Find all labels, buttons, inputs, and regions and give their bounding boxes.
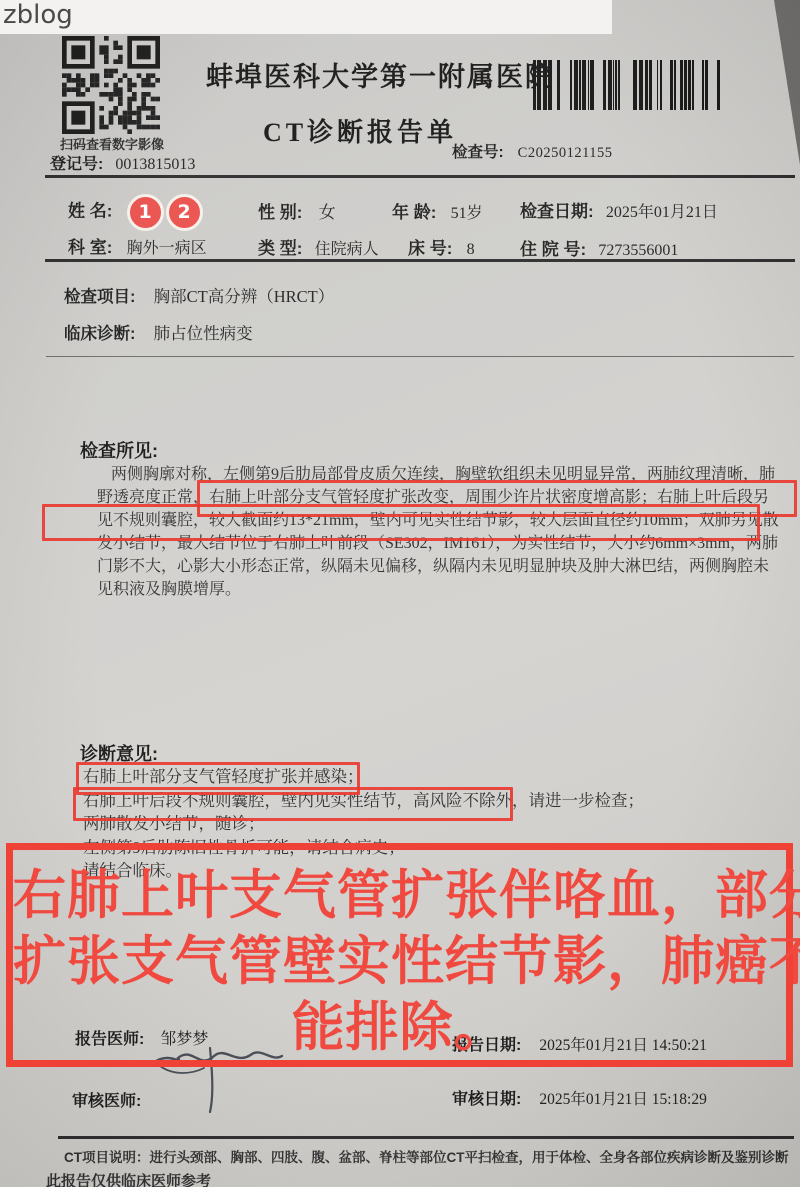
watermark-label: zblog: [3, 0, 73, 30]
annotation-banner-line: 能排除。: [13, 995, 786, 1061]
review-date-label: 审核日期:: [452, 1091, 521, 1108]
annotation-banner: 右肺上叶支气管扩张伴咯血，部分 扩张支气管壁实性结节影，肺癌不 能排除。: [6, 843, 793, 1067]
divider-header: [45, 175, 795, 178]
registration-number: 0013815013: [115, 156, 195, 173]
name-label: 姓 名:: [68, 201, 112, 220]
gender-value: 女: [319, 203, 336, 222]
divider-patient: [45, 259, 795, 262]
exam-date-value: 2025年01月21日: [606, 204, 718, 221]
gender-label: 性 别:: [258, 203, 302, 222]
clinical-dx-label: 临床诊断:: [64, 325, 136, 343]
highlight-box-impression-2: [73, 787, 513, 821]
bed-label: 床 号:: [408, 239, 452, 258]
age-value: 51岁: [451, 205, 483, 222]
type-label: 类 型:: [258, 239, 302, 258]
footer-note-1: CT项目说明：进行头颈部、胸部、四肢、腹、盆部、脊柱等部位CT平扫检查，用于体检…: [64, 1146, 789, 1166]
type-value: 住院病人: [315, 241, 379, 258]
highlight-box-findings-2: [42, 504, 760, 541]
qr-code-icon: [62, 36, 160, 134]
clinical-dx-value: 肺占位性病变: [154, 324, 253, 343]
registration-label: 登记号:: [50, 156, 103, 173]
department-value: 胸外一病区: [127, 240, 207, 257]
annotation-banner-line: 右肺上叶支气管扩张伴咯血，部分: [13, 863, 786, 929]
photo-edge-shadow: [774, 0, 800, 165]
review-date-value: 2025年01月21日 15:18:29: [539, 1091, 707, 1108]
exam-date-label: 检查日期:: [520, 202, 594, 221]
barcode-icon: [533, 60, 723, 110]
department-label: 科 室:: [68, 238, 112, 257]
bed-value: 8: [467, 241, 475, 258]
admission-value: 7273556001: [598, 242, 678, 259]
exam-item-label: 检查项目:: [64, 288, 136, 306]
annotation-banner-line: 扩张支气管壁实性结节影，肺癌不: [13, 929, 786, 995]
footer-note-2: 此报告仅供临床医师参考: [46, 1170, 211, 1187]
divider-footer: [58, 1136, 794, 1139]
exam-no-label: 检查号:: [452, 144, 504, 161]
name-redaction-badge-2: 2: [166, 194, 203, 231]
divider-exam: [46, 356, 794, 357]
findings-line: 见积液及胸膜增厚。: [97, 578, 797, 601]
admission-label: 住 院 号:: [520, 240, 586, 259]
watermark-bar: zblog: [0, 0, 612, 34]
exam-item-value: 胸部CT高分辨（HRCT）: [154, 287, 335, 306]
age-label: 年 龄:: [392, 203, 436, 222]
findings-heading: 检查所见:: [80, 437, 158, 463]
review-doctor-label: 审核医师:: [72, 1093, 141, 1110]
name-redaction-badge-1: 1: [127, 194, 164, 231]
findings-line: 门影不大，心影大小形态正常，纵隔未见偏移，纵隔内未见明显肿块及肿大淋巴结，两侧胸…: [97, 555, 797, 578]
report-paper: 扫码查看数字影像 登记号: 0013815013 蚌埠医科大学第一附属医院 CT…: [0, 0, 800, 1187]
exam-no-value: C20250121155: [518, 145, 613, 161]
hospital-name: 蚌埠医科大学第一附属医院: [180, 55, 580, 94]
